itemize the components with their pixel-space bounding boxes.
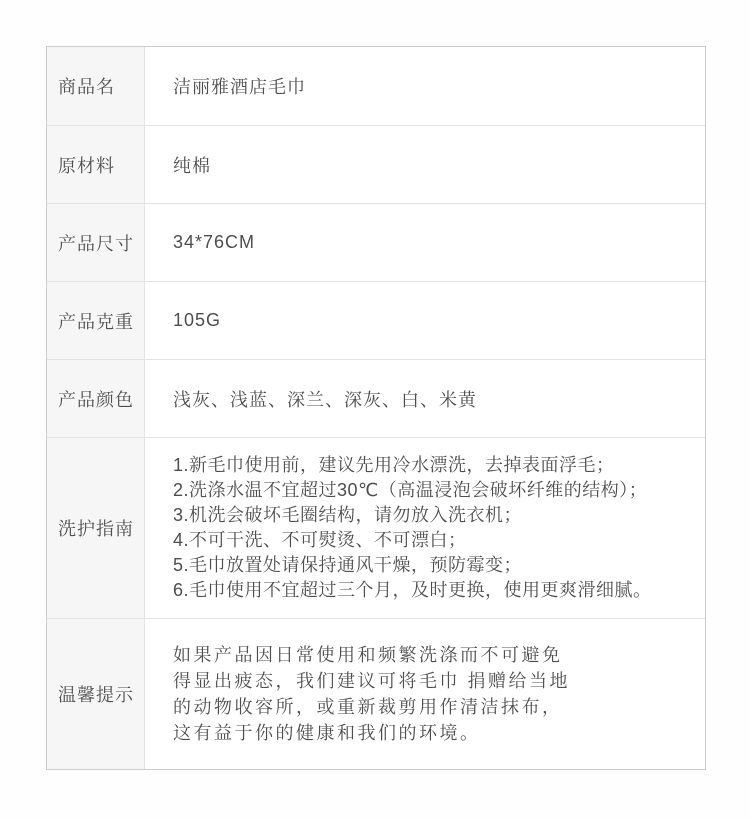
spec-row-color: 产品颜色 浅灰、浅蓝、深兰、深灰、白、米黄: [47, 359, 705, 437]
row-label: 产品尺寸: [47, 204, 145, 281]
care-guide-line: 1.新毛巾使用前，建议先用冷水漂洗，去掉表面浮毛；: [173, 453, 695, 478]
care-guide-line: 2.洗涤水温不宜超过30℃（高温浸泡会破坏纤维的结构）；: [173, 478, 695, 503]
row-label: 洗护指南: [47, 438, 145, 618]
tips-line: 如果产品因日常使用和频繁洗涤而不可避免: [173, 642, 695, 668]
row-label: 产品克重: [47, 282, 145, 359]
spec-row-care-guide: 洗护指南 1.新毛巾使用前，建议先用冷水漂洗，去掉表面浮毛； 2.洗涤水温不宜超…: [47, 437, 705, 618]
care-guide-line: 6.毛巾使用不宜超过三个月，及时更换，使用更爽滑细腻。: [173, 578, 695, 603]
tips-line: 得显出疲态，我们建议可将毛巾 捐赠给当地: [173, 668, 695, 694]
row-label: 商品名: [47, 47, 145, 125]
row-value: 34*76CM: [145, 204, 705, 281]
spec-row-size: 产品尺寸 34*76CM: [47, 203, 705, 281]
product-spec-page: 商品名 洁丽雅酒店毛巾 原材料 纯棉 产品尺寸 34*76CM 产品克重 105…: [0, 0, 750, 821]
row-label: 原材料: [47, 126, 145, 203]
tips-line: 这有益于你的健康和我们的环境。: [173, 720, 695, 746]
tips-line: 的动物收容所，或重新裁剪用作清洁抹布，: [173, 694, 695, 720]
row-label: 产品颜色: [47, 360, 145, 437]
spec-row-material: 原材料 纯棉: [47, 125, 705, 203]
care-guide-line: 4.不可干洗、不可熨烫、不可漂白；: [173, 528, 695, 553]
row-value: 浅灰、浅蓝、深兰、深灰、白、米黄: [145, 360, 705, 437]
row-label: 温馨提示: [47, 619, 145, 769]
product-spec-table: 商品名 洁丽雅酒店毛巾 原材料 纯棉 产品尺寸 34*76CM 产品克重 105…: [46, 46, 706, 770]
row-value: 105G: [145, 282, 705, 359]
care-guide-line: 3.机洗会破坏毛圈结构，请勿放入洗衣机；: [173, 503, 695, 528]
row-value: 如果产品因日常使用和频繁洗涤而不可避免 得显出疲态，我们建议可将毛巾 捐赠给当地…: [145, 619, 705, 769]
row-value: 1.新毛巾使用前，建议先用冷水漂洗，去掉表面浮毛； 2.洗涤水温不宜超过30℃（…: [145, 438, 705, 618]
row-value: 洁丽雅酒店毛巾: [145, 47, 705, 125]
care-guide-line: 5.毛巾放置处请保持通风干燥，预防霉变；: [173, 553, 695, 578]
row-value: 纯棉: [145, 126, 705, 203]
spec-row-tips: 温馨提示 如果产品因日常使用和频繁洗涤而不可避免 得显出疲态，我们建议可将毛巾 …: [47, 618, 705, 769]
spec-row-weight: 产品克重 105G: [47, 281, 705, 359]
spec-row-product-name: 商品名 洁丽雅酒店毛巾: [47, 47, 705, 125]
